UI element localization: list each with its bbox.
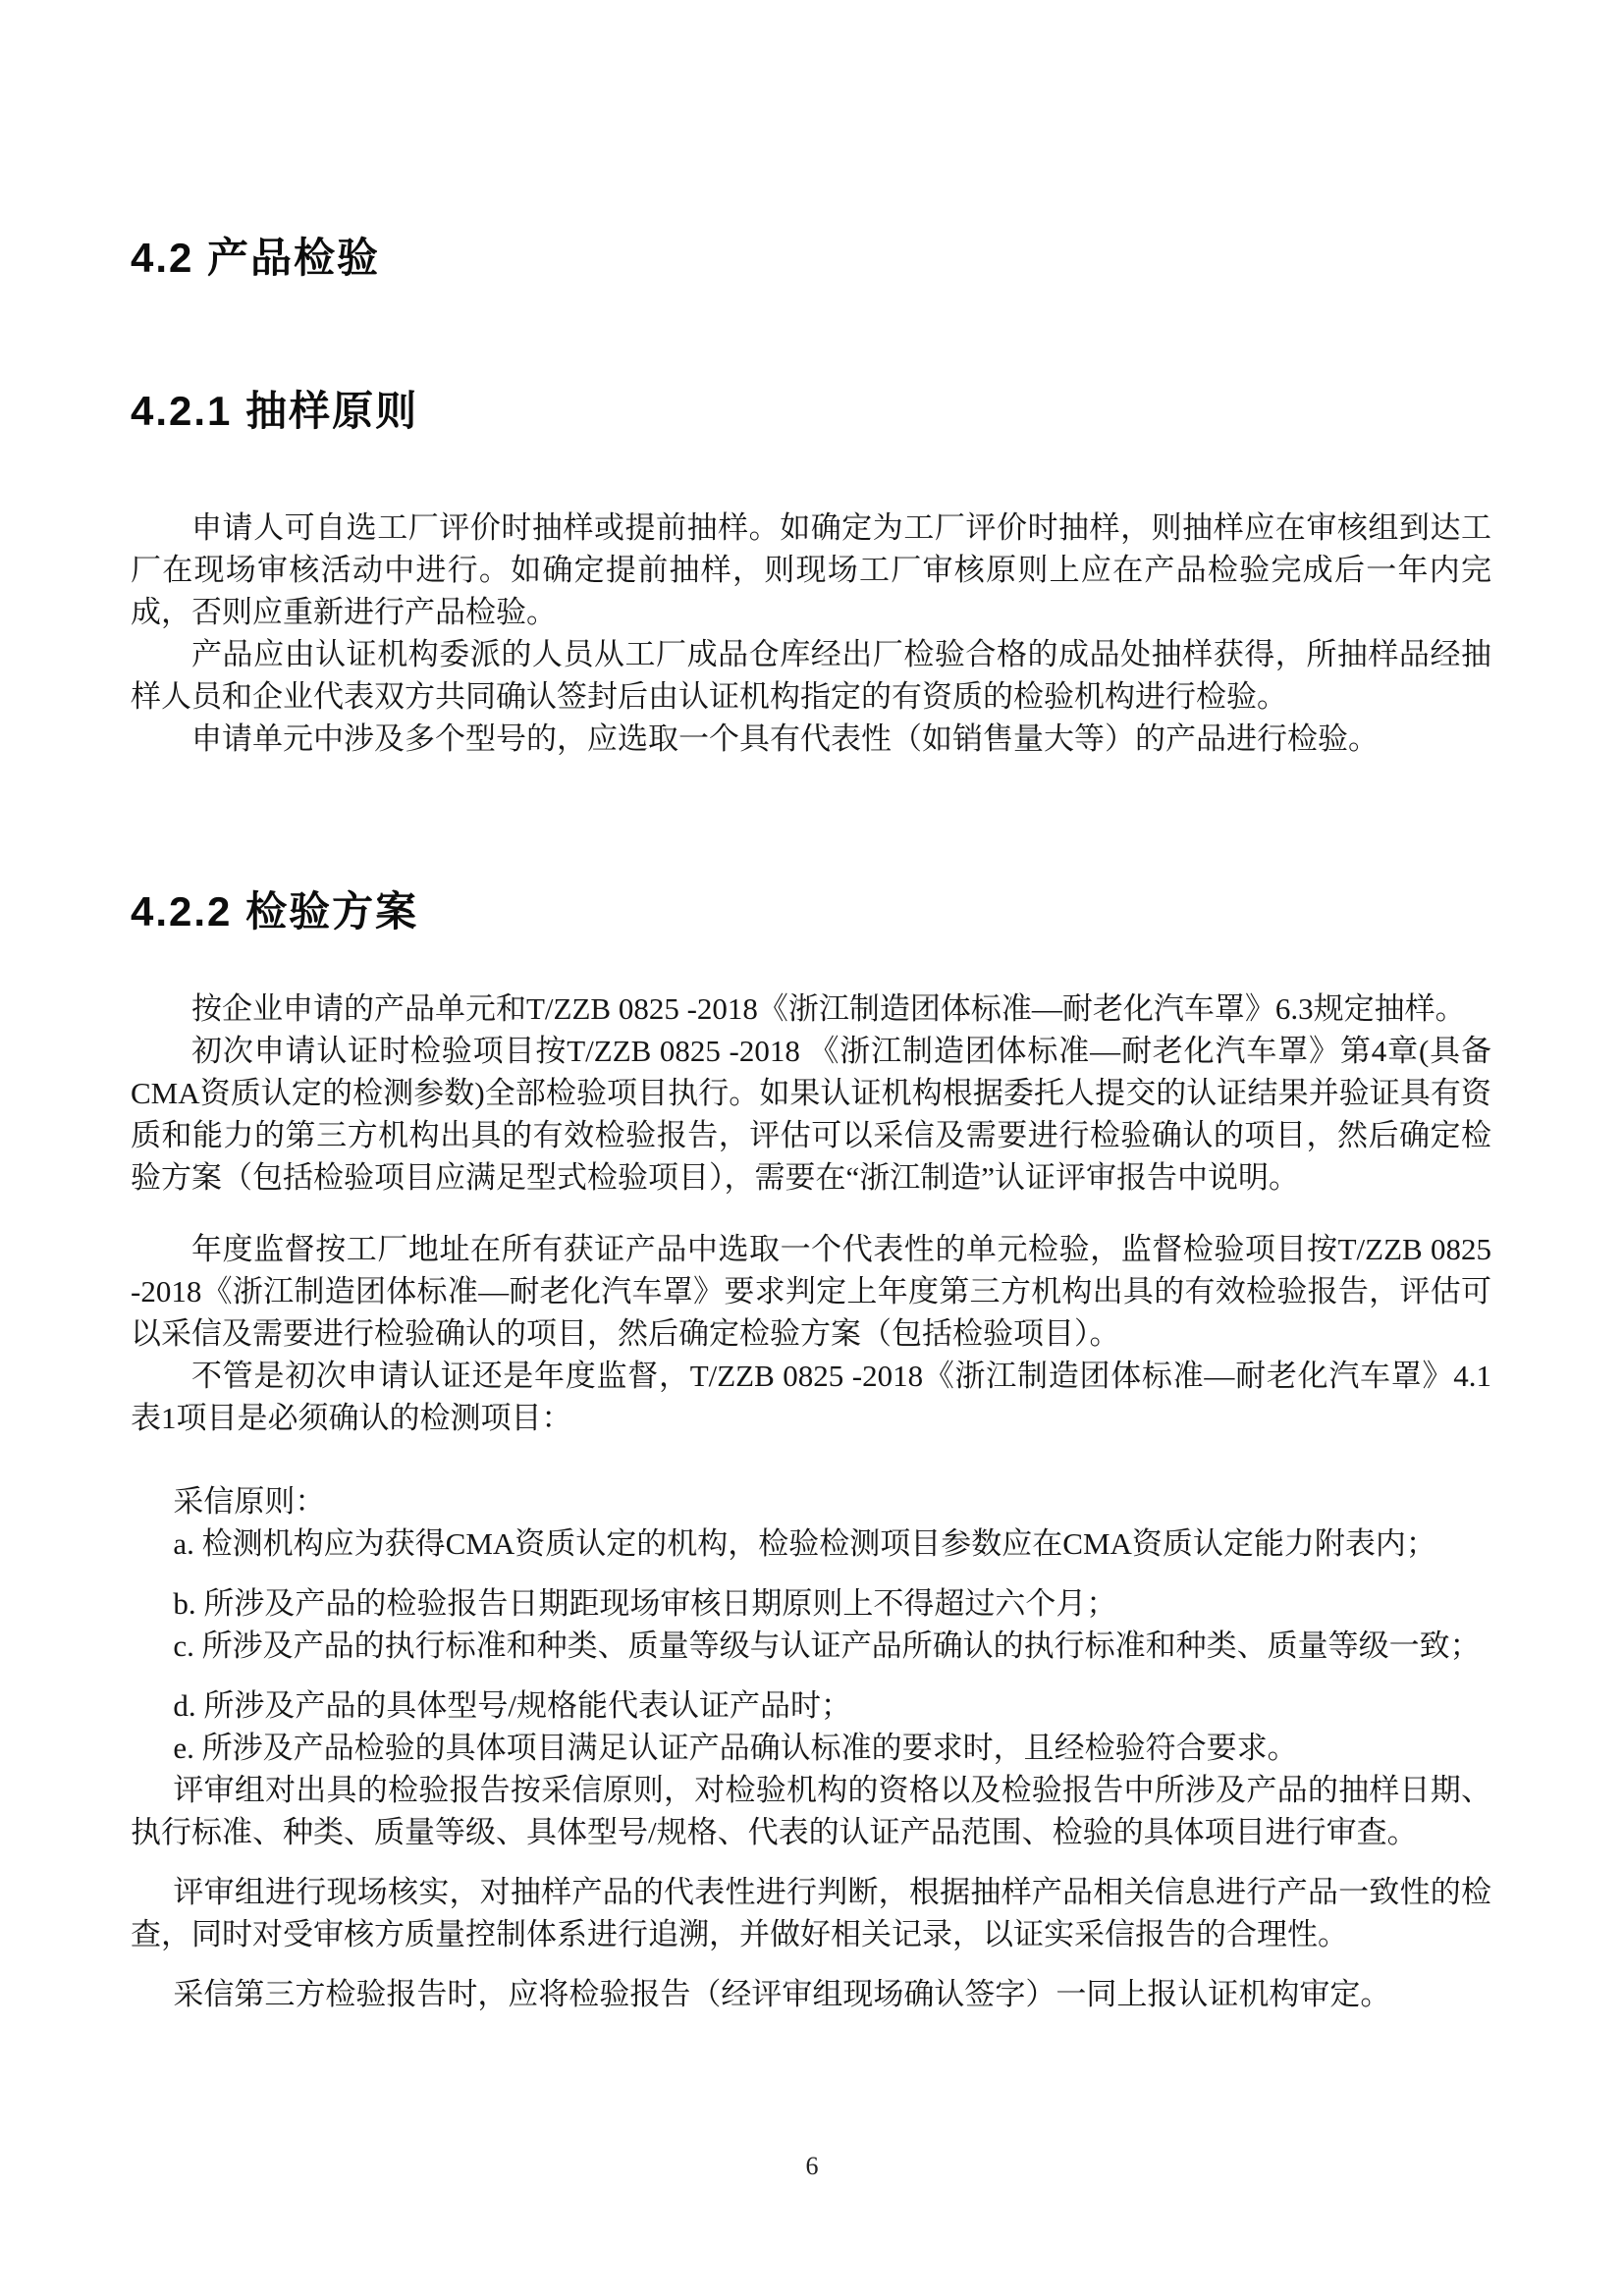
paragraph-sampling-1: 申请人可自选工厂评价时抽样或提前抽样。如确定为工厂评价时抽样，则抽样应在审核组到… <box>131 507 1491 633</box>
paragraph-review-3: 采信第三方检验报告时，应将检验报告（经评审组现场确认签字）一同上报认证机构审定。 <box>131 1973 1491 2015</box>
principle-item-b: b. 所涉及产品的检验报告日期距现场审核日期原则上不得超过六个月； <box>131 1582 1491 1625</box>
document-page: 4.2 产品检验 4.2.1 抽样原则 申请人可自选工厂评价时抽样或提前抽样。如… <box>0 0 1624 2296</box>
section-heading-4-2-1: 4.2.1 抽样原则 <box>131 387 1491 436</box>
principle-item-e: e. 所涉及产品检验的具体项目满足认证产品确认标准的要求时，且经检验符合要求。 <box>131 1727 1491 1769</box>
page-content: 4.2 产品检验 4.2.1 抽样原则 申请人可自选工厂评价时抽样或提前抽样。如… <box>0 234 1624 2015</box>
section-4-2-2-body: 按企业申请的产品单元和T/ZZB 0825 -2018《浙江制造团体标准—耐老化… <box>131 988 1491 2015</box>
principle-item-a: a. 检测机构应为获得CMA资质认定的机构，检验检测项目参数应在CMA资质认定能… <box>131 1522 1491 1565</box>
principle-item-d: d. 所涉及产品的具体型号/规格能代表认证产品时； <box>131 1684 1491 1727</box>
paragraph-plan-3: 年度监督按工厂地址在所有获证产品中选取一个代表性的单元检验，监督检验项目按T/Z… <box>131 1228 1491 1355</box>
paragraph-review-2: 评审组进行现场核实，对抽样产品的代表性进行判断，根据抽样产品相关信息进行产品一致… <box>131 1871 1491 1955</box>
section-4-2-1-body: 申请人可自选工厂评价时抽样或提前抽样。如确定为工厂评价时抽样，则抽样应在审核组到… <box>131 507 1491 760</box>
principles-label: 采信原则： <box>131 1480 1491 1522</box>
paragraph-review-1: 评审组对出具的检验报告按采信原则，对检验机构的资格以及检验报告中所涉及产品的抽样… <box>131 1769 1491 1853</box>
principle-item-c: c. 所涉及产品的执行标准和种类、质量等级与认证产品所确认的执行标准和种类、质量… <box>131 1625 1491 1667</box>
section-heading-4-2-2: 4.2.2 检验方案 <box>131 887 1491 936</box>
section-heading-4-2: 4.2 产品检验 <box>131 234 1491 283</box>
paragraph-plan-1: 按企业申请的产品单元和T/ZZB 0825 -2018《浙江制造团体标准—耐老化… <box>131 988 1491 1030</box>
paragraph-plan-2: 初次申请认证时检验项目按T/ZZB 0825 -2018 《浙江制造团体标准—耐… <box>131 1030 1491 1199</box>
paragraph-sampling-3: 申请单元中涉及多个型号的，应选取一个具有代表性（如销售量大等）的产品进行检验。 <box>131 718 1491 760</box>
paragraph-sampling-2: 产品应由认证机构委派的人员从工厂成品仓库经出厂检验合格的成品处抽样获得，所抽样品… <box>131 633 1491 718</box>
page-number: 6 <box>0 2152 1624 2181</box>
paragraph-plan-4: 不管是初次申请认证还是年度监督，T/ZZB 0825 -2018《浙江制造团体标… <box>131 1355 1491 1439</box>
